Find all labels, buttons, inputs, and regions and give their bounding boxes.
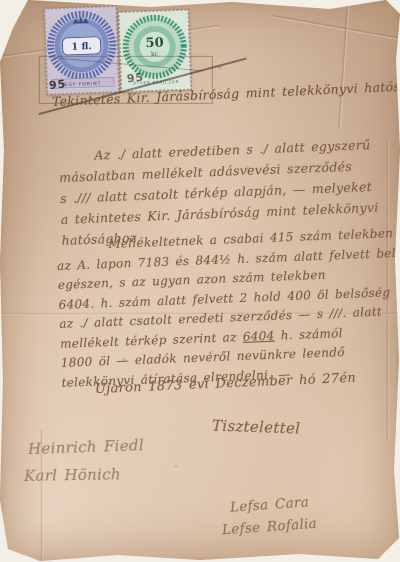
stamp-denomination: 1 fl.	[71, 41, 92, 53]
signature-lefse-rofalia: Lefse Rofalia	[222, 516, 318, 539]
fold-crease	[271, 14, 400, 42]
line-segment: h. számól	[274, 326, 343, 343]
stamp-denomination: 50	[145, 36, 164, 52]
fold-crease	[337, 0, 350, 128]
signature-lefsa-cara: Lefsa Cara	[230, 494, 310, 515]
document-paper: 1 fl. EGY FORINT 50 kr. ÖTVEN KRAJCZÁR	[0, 0, 400, 562]
cancellation-number: 95	[48, 77, 67, 92]
signature-karl-honich: Karl Hönich	[24, 465, 121, 485]
closing-salutation: Tisztelettel	[212, 416, 301, 437]
signature-heinrich-fiedl: Heinrich Fiedl	[28, 436, 144, 458]
letter-paragraph-2: Mellékeltetnek a csabai 415 szám telekbe…	[56, 223, 400, 393]
underlined-parcel-number: 6404	[243, 328, 275, 343]
cancellation-number: 95	[126, 71, 145, 86]
document-photo: 1 fl. EGY FORINT 50 kr. ÖTVEN KRAJCZÁR	[0, 0, 400, 562]
